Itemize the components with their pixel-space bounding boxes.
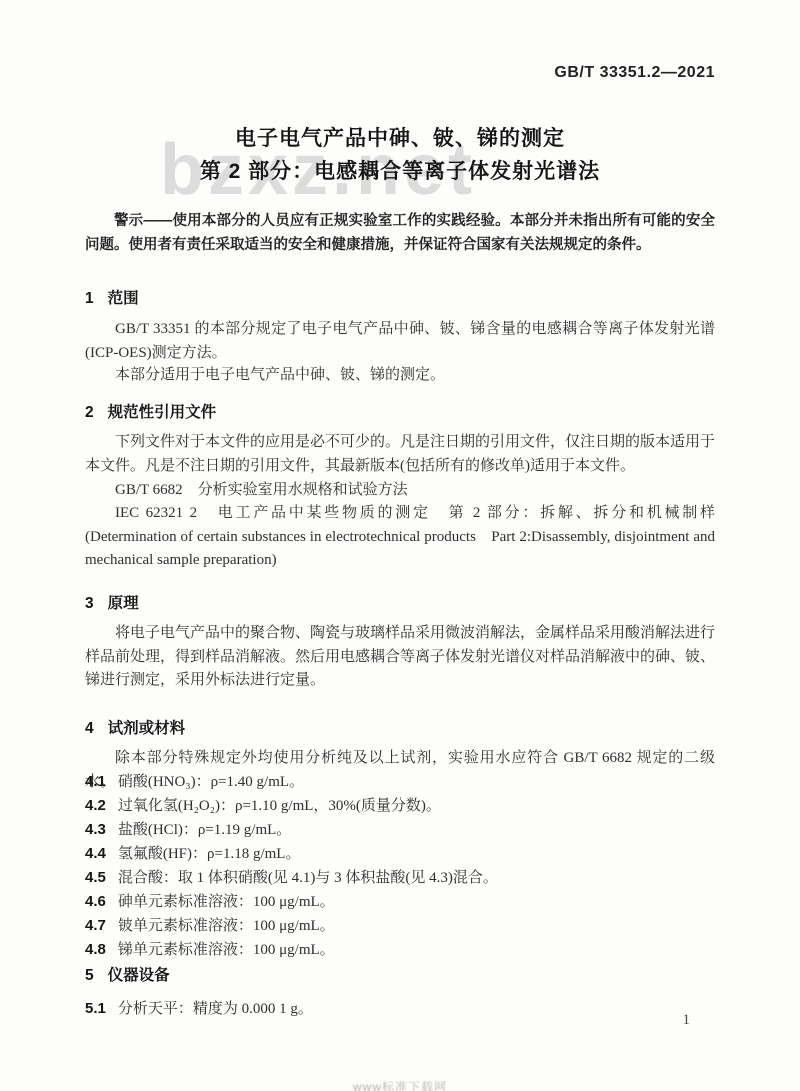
section-3-number: 3 [85, 595, 94, 612]
section-5-heading: 5仪器设备 [85, 963, 715, 985]
reagent-item-4-5: 4.5混合酸：取 1 体积硝酸(见 4.1)与 3 体积盐酸(见 4.3)混合。 [85, 866, 715, 890]
section-2-number: 2 [85, 404, 94, 421]
reagent-item-4-7-text: 铍单元素标准溶液：100 μg/mL。 [118, 918, 335, 934]
reference-entry-iec62321: IEC 62321 2 电工产品中某些物质的测定 第 2 部分：拆解、拆分和机械… [85, 502, 715, 573]
footer-watermark-text: www标准下载网 [0, 1078, 800, 1091]
reagent-item-4-4-number: 4.4 [85, 845, 106, 862]
references-paragraph: 下列文件对于本文件的应用是必不可少的。凡是注日期的引用文件，仅注日期的版本适用于… [85, 431, 715, 478]
reagent-item-4-2: 4.2过氧化氢(H₂O₂)：ρ=1.10 g/mL，30%(质量分数)。 [85, 794, 715, 818]
principle-paragraph: 将电子电气产品中的聚合物、陶瓷与玻璃样品采用微波消解法，金属样品采用酸消解法进行… [85, 622, 715, 693]
reference-entry-gbt6682: GB/T 6682 分析实验室用水规格和试验方法 [85, 479, 715, 503]
section-1-title: 范围 [108, 290, 139, 307]
reagent-item-4-8-text: 锑单元素标准溶液：100 μg/mL。 [118, 942, 335, 958]
section-4-number: 4 [85, 720, 94, 737]
reagent-item-4-7: 4.7铍单元素标准溶液：100 μg/mL。 [85, 914, 715, 938]
section-1-heading: 1范围 [85, 286, 715, 308]
reagent-item-4-4: 4.4氢氟酸(HF)：ρ=1.18 g/mL。 [85, 842, 715, 866]
standard-number: GB/T 33351.2—2021 [85, 64, 715, 82]
reagent-item-4-5-text: 混合酸：取 1 体积硝酸(见 4.1)与 3 体积盐酸(见 4.3)混合。 [118, 870, 498, 886]
section-5-title: 仪器设备 [108, 967, 170, 984]
reagent-item-4-1-number: 4.1 [85, 773, 106, 790]
section-4-heading: 4试剂或材料 [85, 716, 715, 738]
section-5-number: 5 [85, 967, 94, 984]
warning-paragraph: 警示——使用本部分的人员应有正规实验室工作的实践经验。本部分并未指出所有可能的安… [85, 209, 715, 257]
reagent-item-4-2-number: 4.2 [85, 797, 106, 814]
reagent-item-4-5-number: 4.5 [85, 869, 106, 886]
apparatus-item-5-1-text: 分析天平：精度为 0.000 1 g。 [118, 1001, 313, 1017]
reagent-item-4-6-text: 砷单元素标准溶液：100 μg/mL。 [118, 894, 335, 910]
reagent-item-4-1-text: 硝酸(HNO₃)：ρ=1.40 g/mL。 [118, 774, 304, 790]
section-2-title: 规范性引用文件 [108, 404, 217, 421]
scope-paragraph-1: GB/T 33351 的本部分规定了电子电气产品中砷、铍、锑含量的电感耦合等离子… [85, 318, 715, 365]
standard-document-page: GB/T 33351.2—2021 bzxz.net 电子电气产品中砷、铍、锑的… [0, 0, 800, 1091]
section-2-heading: 2规范性引用文件 [85, 400, 715, 422]
reagent-item-4-6: 4.6砷单元素标准溶液：100 μg/mL。 [85, 890, 715, 914]
reagent-item-4-3: 4.3盐酸(HCl)：ρ=1.19 g/mL。 [85, 818, 715, 842]
section-4-title: 试剂或材料 [108, 720, 186, 737]
scope-paragraph-2: 本部分适用于电子电气产品中砷、铍、锑的测定。 [85, 364, 715, 388]
document-title-line2: 第 2 部分：电感耦合等离子体发射光谱法 [85, 155, 715, 188]
reagent-item-4-7-number: 4.7 [85, 917, 106, 934]
reagent-item-4-4-text: 氢氟酸(HF)：ρ=1.18 g/mL。 [118, 846, 301, 862]
reagent-item-4-8: 4.8锑单元素标准溶液：100 μg/mL。 [85, 938, 715, 962]
reagent-item-4-6-number: 4.6 [85, 893, 106, 910]
reagent-item-4-3-number: 4.3 [85, 821, 106, 838]
document-title: 电子电气产品中砷、铍、锑的测定 第 2 部分：电感耦合等离子体发射光谱法 [85, 122, 715, 188]
section-3-title: 原理 [108, 595, 139, 612]
reagent-item-4-3-text: 盐酸(HCl)：ρ=1.19 g/mL。 [118, 822, 291, 838]
section-3-heading: 3原理 [85, 591, 715, 613]
document-title-line1: 电子电气产品中砷、铍、锑的测定 [85, 122, 715, 155]
section-1-number: 1 [85, 290, 94, 307]
reagent-item-4-8-number: 4.8 [85, 941, 106, 958]
page-number: 1 [560, 1012, 690, 1029]
apparatus-item-5-1-number: 5.1 [85, 1000, 106, 1017]
reagent-item-4-2-text: 过氧化氢(H₂O₂)：ρ=1.10 g/mL，30%(质量分数)。 [118, 798, 441, 814]
reagent-item-4-1: 4.1硝酸(HNO₃)：ρ=1.40 g/mL。 [85, 770, 715, 794]
reagents-list: 4.1硝酸(HNO₃)：ρ=1.40 g/mL。 4.2过氧化氢(H₂O₂)：ρ… [85, 770, 715, 962]
